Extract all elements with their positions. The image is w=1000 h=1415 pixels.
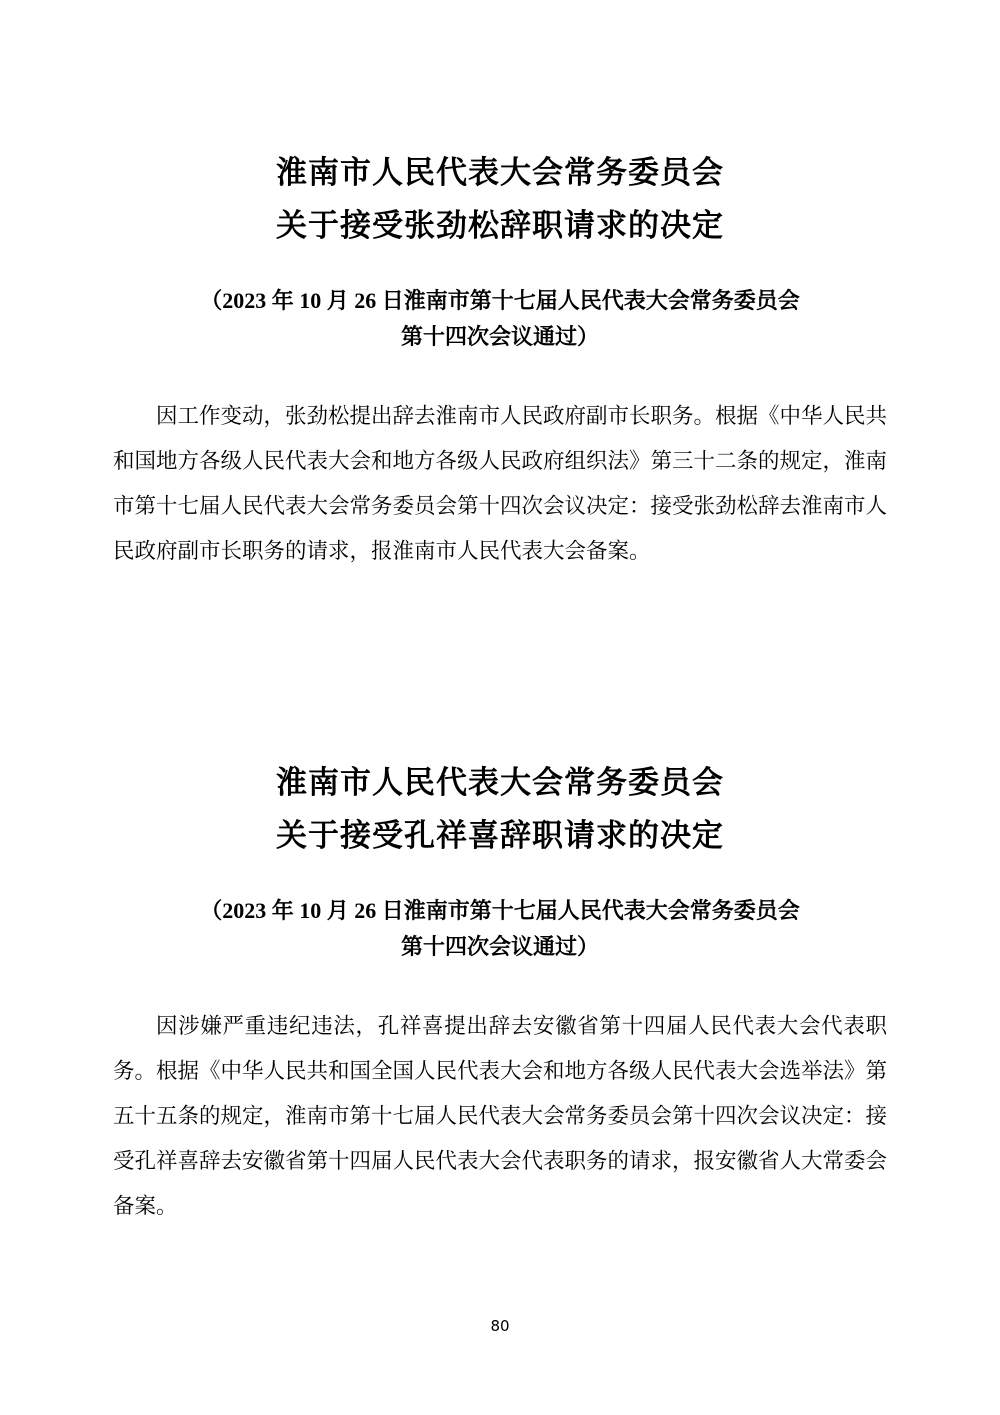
meeting-adoption-line-2: 第十四次会议通过） [113,929,887,965]
meeting-adoption-line-1: （2023 年 10 月 26 日淮南市第十七届人民代表大会常务委员会 [113,283,887,319]
decision-title-line-2: 关于接受孔祥喜辞职请求的决定 [113,809,887,862]
decision-body-paragraph: 因工作变动，张劲松提出辞去淮南市人民政府副市长职务。根据《中华人民共和国地方各级… [113,394,887,574]
decision-kong-xiangxi: 淮南市人民代表大会常务委员会 关于接受孔祥喜辞职请求的决定 （2023 年 10… [113,756,887,1229]
decision-title: 淮南市人民代表大会常务委员会 关于接受孔祥喜辞职请求的决定 [113,756,887,862]
content-column: 淮南市人民代表大会常务委员会 关于接受张劲松辞职请求的决定 （2023 年 10… [0,0,1000,1229]
decision-title-line-2: 关于接受张劲松辞职请求的决定 [113,199,887,252]
meeting-adoption-line-2: 第十四次会议通过） [113,319,887,355]
meeting-adoption-line-1: （2023 年 10 月 26 日淮南市第十七届人民代表大会常务委员会 [113,893,887,929]
meeting-adoption-note: （2023 年 10 月 26 日淮南市第十七届人民代表大会常务委员会 第十四次… [113,893,887,965]
decision-body-paragraph: 因涉嫌严重违纪违法，孔祥喜提出辞去安徽省第十四届人民代表大会代表职务。根据《中华… [113,1004,887,1229]
document-page: 淮南市人民代表大会常务委员会 关于接受张劲松辞职请求的决定 （2023 年 10… [0,0,1000,1415]
decision-title-line-1: 淮南市人民代表大会常务委员会 [113,146,887,199]
page-number: 80 [0,1317,1000,1335]
meeting-adoption-note: （2023 年 10 月 26 日淮南市第十七届人民代表大会常务委员会 第十四次… [113,283,887,355]
decision-title: 淮南市人民代表大会常务委员会 关于接受张劲松辞职请求的决定 [113,146,887,252]
decision-title-line-1: 淮南市人民代表大会常务委员会 [113,756,887,809]
decision-zhang-jinsong: 淮南市人民代表大会常务委员会 关于接受张劲松辞职请求的决定 （2023 年 10… [113,0,887,574]
